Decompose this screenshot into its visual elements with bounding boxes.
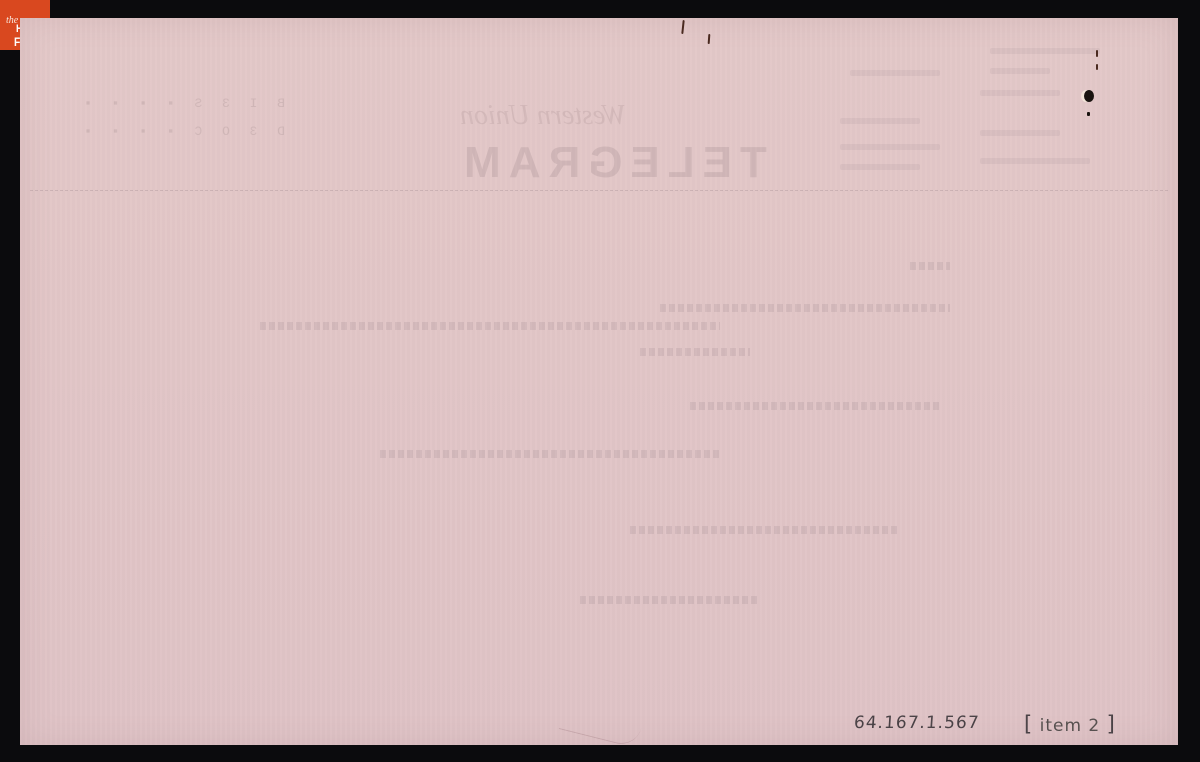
ghost-body-line (690, 402, 940, 410)
ghost-body-line (260, 322, 720, 330)
item-label-annotation: [ item 2 ] (1024, 712, 1116, 736)
telegram-sheet: B I 3 S ▪ ▪ ▪ ▪ D 3 O C ▪ ▪ ▪ ▪ Western … (20, 18, 1178, 745)
ghost-telegram-title: TELEGRAM (456, 138, 767, 188)
ghost-header-field (990, 48, 1100, 54)
ghost-body-line (640, 348, 750, 356)
ghost-header-field (980, 158, 1090, 164)
ghost-body-line (380, 450, 720, 458)
ghost-body-line (580, 596, 760, 604)
ghost-body-line (910, 262, 950, 270)
ghost-header-field (850, 70, 940, 76)
open-bracket: [ (1024, 712, 1033, 736)
close-bracket: ] (1107, 712, 1116, 736)
item-label-text: item 2 (1040, 716, 1101, 736)
punch-hole-mark (1084, 90, 1094, 102)
ghost-body-line (660, 304, 950, 312)
ghost-header-field (980, 90, 1060, 96)
ghost-header-field (980, 130, 1060, 136)
ink-dot (1087, 112, 1090, 116)
ghost-code-line-1: B I 3 S ▪ ▪ ▪ ▪ (78, 96, 285, 111)
ghost-body-line (630, 526, 900, 534)
ghost-code-line-2: D 3 O C ▪ ▪ ▪ ▪ (78, 124, 285, 139)
catalog-number: 64.167.1.567 (853, 713, 980, 733)
archive-viewer: the Henry Ford B I 3 S ▪ ▪ ▪ ▪ D 3 O C ▪… (0, 0, 1200, 762)
ghost-letterhead-script: Western Union (460, 100, 626, 132)
ghost-divider (30, 190, 1168, 191)
ghost-header-field (990, 68, 1050, 74)
ghost-header-field (840, 144, 940, 150)
ghost-header-field (840, 164, 920, 170)
faint-pencil-stroke (559, 709, 642, 749)
ink-mark (1096, 64, 1098, 70)
ghost-header-field (840, 118, 920, 124)
ink-mark (1096, 50, 1098, 57)
